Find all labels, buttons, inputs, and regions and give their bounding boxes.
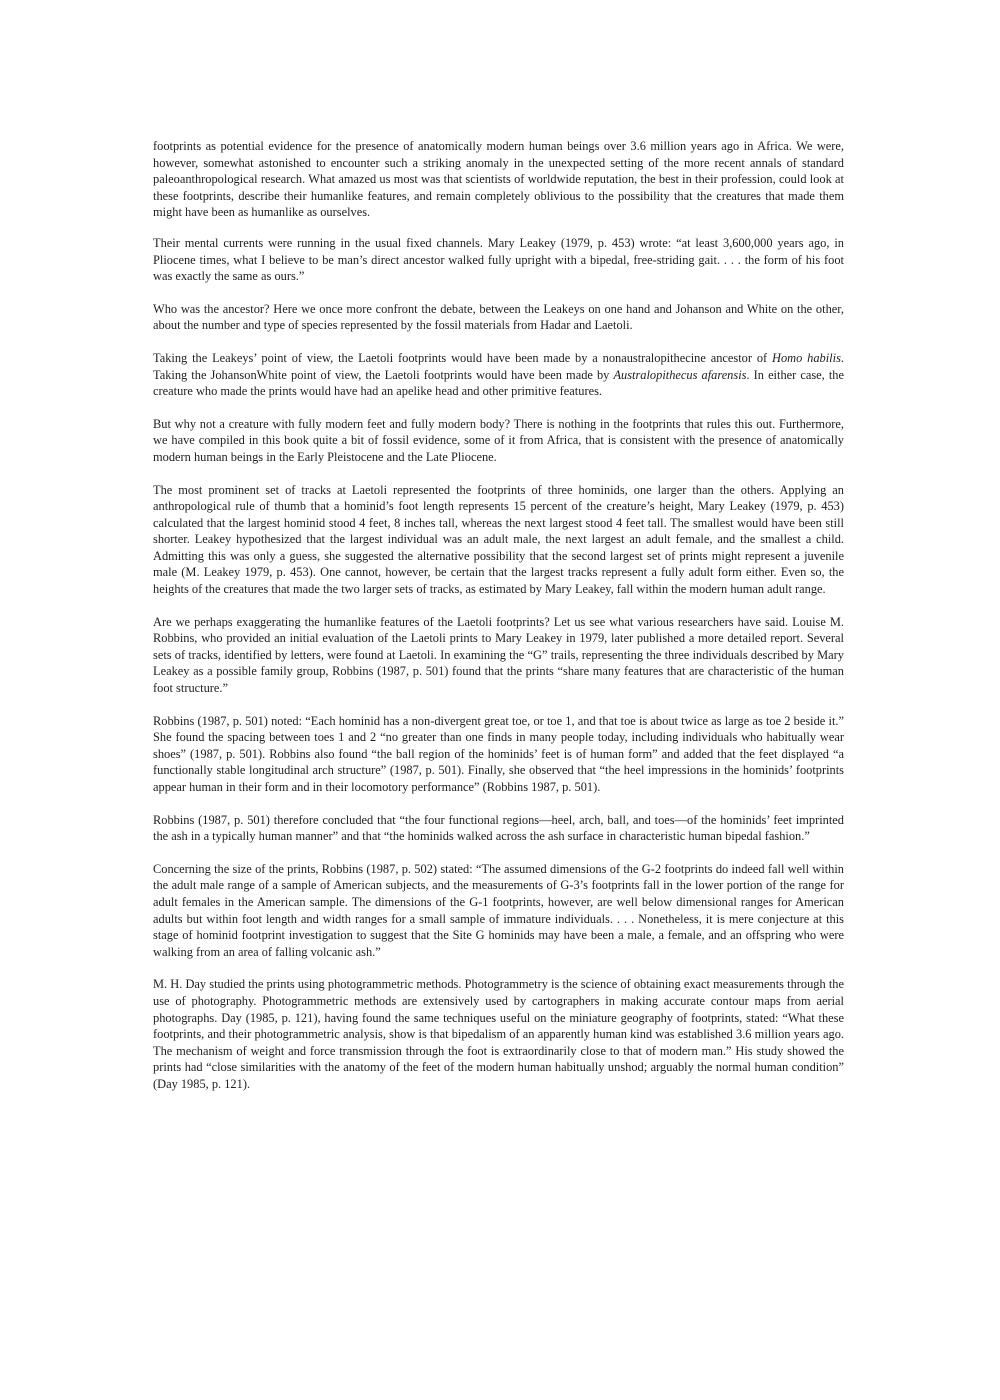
species-name-australopithecus-afarensis: Australopithecus afarensis bbox=[613, 368, 746, 382]
paragraph-text: Concerning the size of the prints, Robbi… bbox=[153, 862, 844, 959]
paragraph-day-photogrammetry: M. H. Day studied the prints using photo… bbox=[153, 976, 844, 1092]
document-page: footprints as potential evidence for the… bbox=[153, 138, 844, 1093]
paragraph-text: Their mental currents were running in th… bbox=[153, 236, 844, 283]
paragraph-mental-currents: Their mental currents were running in th… bbox=[153, 235, 844, 285]
paragraph-footprints-evidence: footprints as potential evidence for the… bbox=[153, 138, 844, 221]
paragraph-text: But why not a creature with fully modern… bbox=[153, 417, 844, 464]
paragraph-text: Robbins (1987, p. 501) therefore conclud… bbox=[153, 813, 844, 844]
paragraph-robbins-noted: Robbins (1987, p. 501) noted: “Each homi… bbox=[153, 713, 844, 796]
paragraph-text: Robbins (1987, p. 501) noted: “Each homi… bbox=[153, 714, 844, 794]
paragraph-modern-body: But why not a creature with fully modern… bbox=[153, 416, 844, 466]
paragraph-who-was-ancestor: Who was the ancestor? Here we once more … bbox=[153, 301, 844, 334]
paragraph-size-of-prints: Concerning the size of the prints, Robbi… bbox=[153, 861, 844, 961]
paragraph-text: Who was the ancestor? Here we once more … bbox=[153, 302, 844, 333]
paragraph-leakeys-view: Taking the Leakeys’ point of view, the L… bbox=[153, 350, 844, 400]
paragraph-text: Are we perhaps exaggerating the humanlik… bbox=[153, 615, 844, 695]
paragraph-text: M. H. Day studied the prints using photo… bbox=[153, 977, 844, 1091]
paragraph-exaggerating-features: Are we perhaps exaggerating the humanlik… bbox=[153, 614, 844, 697]
paragraph-prominent-tracks: The most prominent set of tracks at Laet… bbox=[153, 482, 844, 598]
paragraph-text: Taking the Leakeys’ point of view, the L… bbox=[153, 351, 772, 365]
paragraph-text: footprints as potential evidence for the… bbox=[153, 139, 844, 219]
species-name-homo-habilis: Homo habilis bbox=[772, 351, 841, 365]
paragraph-text: The most prominent set of tracks at Laet… bbox=[153, 483, 844, 597]
paragraph-robbins-concluded: Robbins (1987, p. 501) therefore conclud… bbox=[153, 812, 844, 845]
